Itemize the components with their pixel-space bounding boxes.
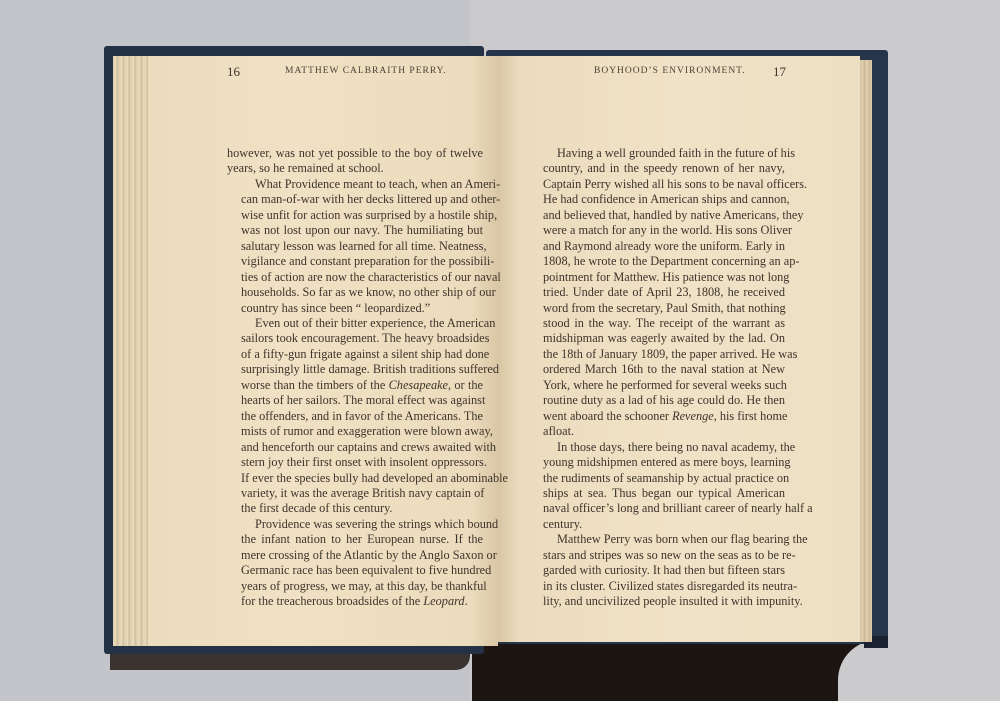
text-line: mists of rumor and exaggeration were blo… (227, 424, 483, 439)
text-line: young midshipmen entered as mere boys, l… (529, 455, 785, 470)
text-line: mere crossing of the Atlantic by the Ang… (227, 548, 483, 563)
text-line: went aboard the schooner Revenge, his fi… (529, 409, 785, 424)
text-line: vigilance and constant preparation for t… (227, 254, 483, 269)
text-line: was not lost upon our navy. The humiliat… (227, 223, 483, 238)
text-line: Providence was severing the strings whic… (227, 517, 483, 532)
text-line: midshipman was eagerly awaited by the la… (529, 331, 785, 346)
text-line: York, where he performed for several wee… (529, 378, 785, 393)
text-line: In those days, there being no naval acad… (529, 440, 785, 455)
text-line: Having a well grounded faith in the futu… (529, 146, 785, 161)
text-line: years, so he remained at school. (227, 161, 483, 176)
text-line: garded with curiosity. It had then but f… (529, 563, 785, 578)
text-line: Germanic race has been equivalent to fiv… (227, 563, 483, 578)
text-line: ties of action are now the characteristi… (227, 270, 483, 285)
paragraph: Providence was severing the strings whic… (227, 517, 483, 610)
page-number-right: 17 (773, 64, 786, 80)
text-line: in its cluster. Civilized states disrega… (529, 579, 785, 594)
text-line: the 18th of January 1809, the paper arri… (529, 347, 785, 362)
text-line: can man-of-war with her decks littered u… (227, 192, 483, 207)
text-line: and henceforth our captains and crews aw… (227, 440, 483, 455)
text-line: lity, and uncivilized people insulted it… (529, 594, 785, 609)
text-line: century. (529, 517, 785, 532)
text-line: the rudiments of seamanship by actual pr… (529, 471, 785, 486)
text-line: the first decade of this century. (227, 501, 483, 516)
text-line: pointment for Matthew. His patience was … (529, 270, 785, 285)
text-line: salutary lesson was learned for all time… (227, 239, 483, 254)
text-line: country has since been “ leopardized.” (227, 301, 483, 316)
text-line: ordered March 16th to the naval station … (529, 362, 785, 377)
text-line: word from the secretary, Paul Smith, tha… (529, 301, 785, 316)
text-line: country, and in the speedy renown of her… (529, 161, 785, 176)
text-line: He had confidence in American ships and … (529, 192, 785, 207)
text-line: of a fifty-gun frigate against a silent … (227, 347, 483, 362)
running-head-left: MATTHEW CALBRAITH PERRY. (285, 66, 447, 76)
text-line: the offenders, and in favor of the Ameri… (227, 409, 483, 424)
paragraph: Even out of their bitter experience, the… (227, 316, 483, 517)
text-line: Captain Perry wished all his sons to be … (529, 177, 785, 192)
text-line: for the treacherous broadsides of the Le… (227, 594, 483, 609)
text-line: stern joy their first onset with insolen… (227, 455, 483, 470)
text-line: sailors took encouragement. The heavy br… (227, 331, 483, 346)
text-line: hearts of her sailors. The moral effect … (227, 393, 483, 408)
text-line: If ever the species bully had developed … (227, 471, 483, 486)
paragraph: Having a well grounded faith in the futu… (529, 146, 785, 440)
text-line: routine duty as a lad of his age could d… (529, 393, 785, 408)
text-line: wise unfit for action was surprised by a… (227, 208, 483, 223)
text-line: Matthew Perry was born when our flag bea… (529, 532, 785, 547)
page-number-left: 16 (227, 64, 240, 80)
text-line: afloat. (529, 424, 785, 439)
text-line: and believed that, handled by native Ame… (529, 208, 785, 223)
book-shadow-right (472, 640, 864, 701)
text-line: surprisingly little damage. British trad… (227, 362, 483, 377)
text-line: worse than the timbers of the Chesapeake… (227, 378, 483, 393)
text-line: however, was not yet possible to the boy… (227, 146, 483, 161)
paragraph: What Providence meant to teach, when an … (227, 177, 483, 316)
paragraph: Matthew Perry was born when our flag bea… (529, 532, 785, 609)
text-line: naval officer’s long and brilliant caree… (529, 501, 785, 516)
text-line: Even out of their bitter experience, the… (227, 316, 483, 331)
paragraph: however, was not yet possible to the boy… (227, 146, 483, 177)
right-page-body: Having a well grounded faith in the futu… (529, 146, 785, 610)
text-line: 1808, he wrote to the Department concern… (529, 254, 785, 269)
text-line: tried. Under date of April 23, 1808, he … (529, 285, 785, 300)
page-block-edge-left (113, 56, 153, 646)
text-line: ships at sea. Thus began our typical Ame… (529, 486, 785, 501)
text-line: stood in the way. The receipt of the war… (529, 316, 785, 331)
left-page-body: however, was not yet possible to the boy… (227, 146, 483, 610)
running-head-right: BOYHOOD’S ENVIRONMENT. (594, 66, 746, 76)
text-line: What Providence meant to teach, when an … (227, 177, 483, 192)
text-line: households. So far as we know, no other … (227, 285, 483, 300)
text-line: were a match for any in the world. His s… (529, 223, 785, 238)
text-line: variety, it was the average British navy… (227, 486, 483, 501)
text-line: years of progress, we may, at this day, … (227, 579, 483, 594)
text-line: and Raymond already wore the uniform. Ea… (529, 239, 785, 254)
text-line: stars and stripes was so new on the seas… (529, 548, 785, 563)
paragraph: In those days, there being no naval acad… (529, 440, 785, 533)
text-line: the infant nation to her European nurse.… (227, 532, 483, 547)
